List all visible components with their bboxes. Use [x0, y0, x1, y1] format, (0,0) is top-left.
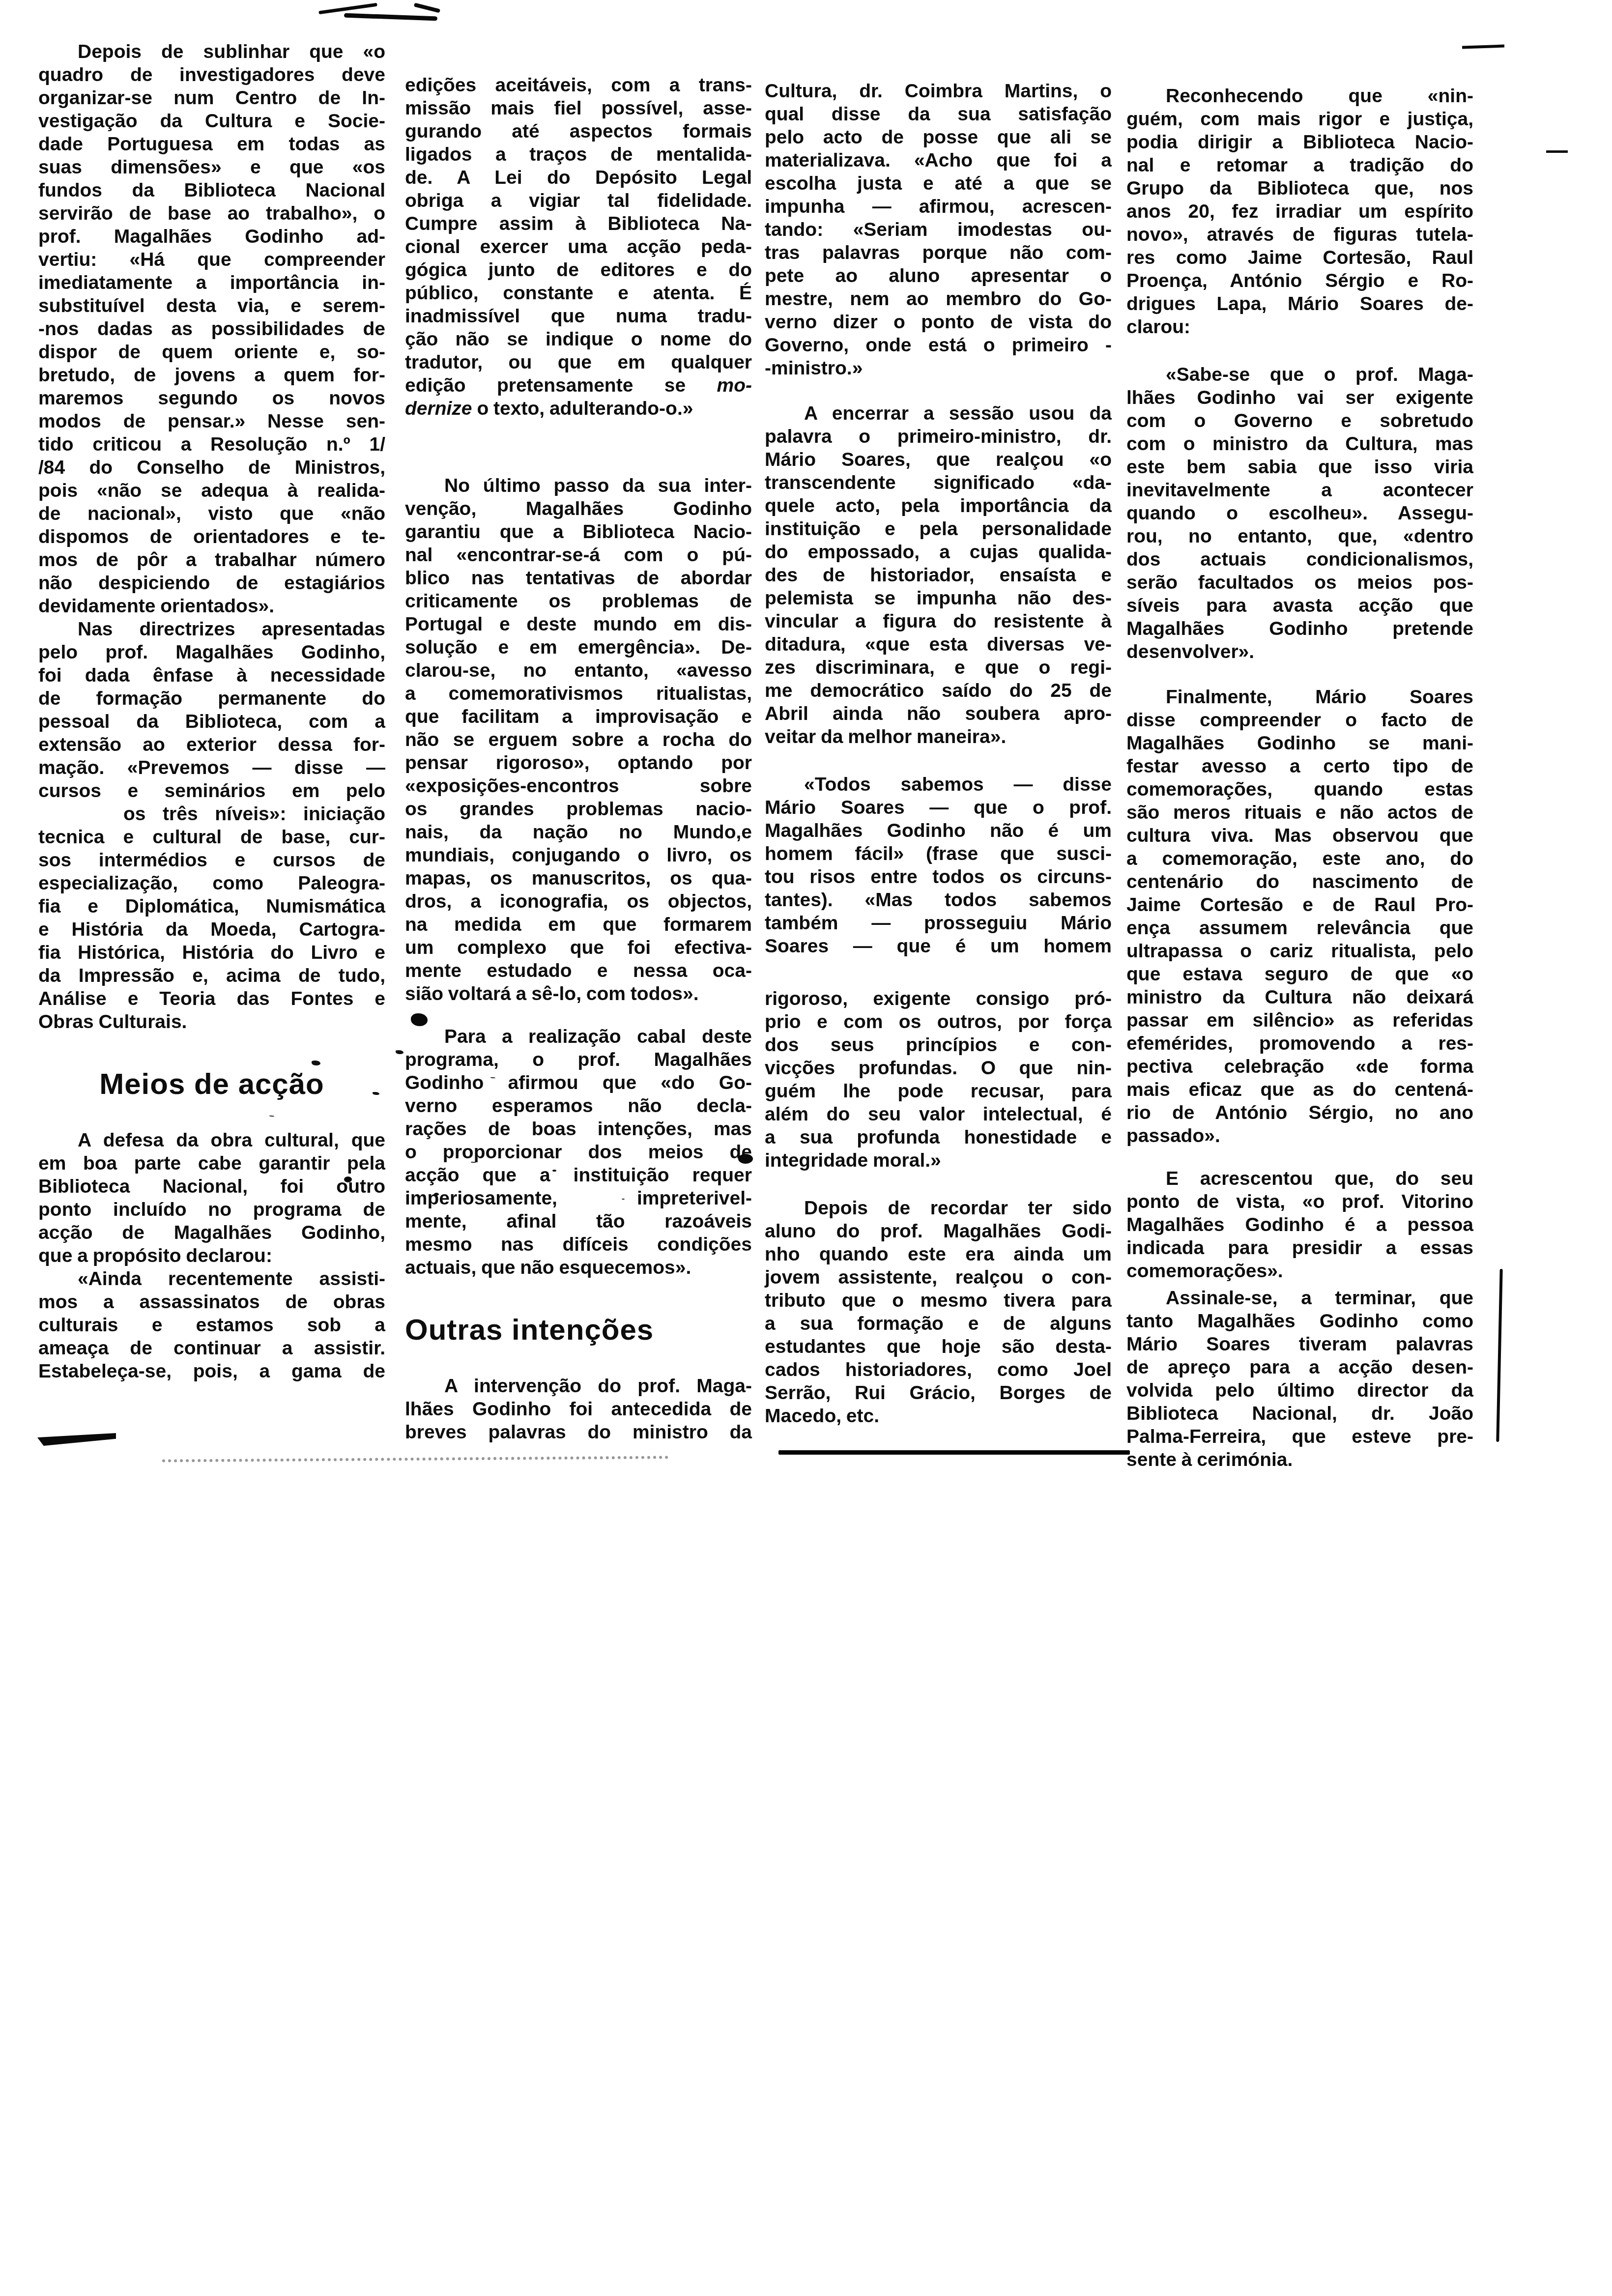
- text-line: tradutor, ou que em qualquer: [405, 351, 752, 374]
- text-line: são meros rituais e não actos de: [1126, 801, 1473, 824]
- text-line: Magalhães Godinho é a pessoa: [1126, 1213, 1473, 1236]
- text-line: Macedo, etc.: [765, 1405, 1112, 1428]
- text-line: drigues Lapa, Mário Soares de-: [1126, 292, 1473, 316]
- paragraph: «Sabe-se que o prof. Maga-lhães Godinho …: [1126, 363, 1473, 663]
- text-line: ligados a traços de mentalida-: [405, 143, 752, 166]
- paragraph: Para a realização cabal desteprograma, o…: [405, 1025, 752, 1279]
- text-line: não despiciendo de estagiários: [38, 572, 385, 595]
- text-line: ditadura, «que esta diversas ve-: [765, 633, 1112, 656]
- text-line: Biblioteca Nacional, foi outro: [38, 1175, 385, 1198]
- text-line: Cumpre assim à Biblioteca Na-: [405, 212, 752, 235]
- text-line: tou risos entre todos os circuns-: [765, 865, 1112, 889]
- text-line: os três níveis»: iniciação: [38, 803, 385, 826]
- text-line: vicções profundas. O que nin-: [765, 1057, 1112, 1080]
- paragraph: edições aceitáveis, com a trans-missão m…: [405, 74, 752, 420]
- text-line: Análise e Teoria das Fontes e: [38, 987, 385, 1010]
- text-line: Assinale-se, a terminar, que: [1126, 1287, 1473, 1310]
- text-line: não se erguem sobre a rocha do: [405, 728, 752, 751]
- scan-artifact-speckles: [344, 1177, 352, 1182]
- text-line: passar em silêncio» as referidas: [1126, 1009, 1473, 1032]
- text-line: Para a realização cabal deste: [405, 1025, 752, 1048]
- paragraph: E acrescentou que, do seuponto de vista,…: [1126, 1167, 1473, 1283]
- text-line: A defesa da obra cultural, que: [38, 1129, 385, 1152]
- text-line: vestigação da Cultura e Socie-: [38, 110, 385, 133]
- text-line: a sua formação e de alguns: [765, 1312, 1112, 1335]
- text-line: indicada para presidir a essas: [1126, 1236, 1473, 1260]
- text-line: tantes). «Mas todos sabemos: [765, 889, 1112, 912]
- text-line: missão mais fiel possível, asse-: [405, 97, 752, 120]
- text-line: foi dada ênfase à necessidade: [38, 664, 385, 687]
- paragraph: Depois de sublinhar que «oquadro de inve…: [38, 40, 385, 618]
- text-line: Abril ainda não soubera apro-: [765, 702, 1112, 725]
- paragraph: No último passo da sua inter-venção, Mag…: [405, 474, 752, 1005]
- paragraph: A defesa da obra cultural, queem boa par…: [38, 1129, 385, 1267]
- text-line: mais eficaz que as do centená-: [1126, 1078, 1473, 1101]
- text-line: centenário do nascimento de: [1126, 870, 1473, 893]
- text-line: Magalhães Godinho não é um: [765, 819, 1112, 842]
- text-line: gurando até aspectos formais: [405, 120, 752, 143]
- text-line: pois «não se adequa à realida-: [38, 479, 385, 502]
- text-line: blico nas tentativas de abordar: [405, 567, 752, 590]
- text-line: integridade moral.»: [765, 1149, 1112, 1172]
- article-column-2: edições aceitáveis, com a trans-missão m…: [405, 74, 752, 1444]
- text-line: maremos segundo os novos: [38, 387, 385, 410]
- text-line: estudantes que hoje são desta-: [765, 1335, 1112, 1358]
- text-line: A encerrar a sessão usou da: [765, 402, 1112, 425]
- text-line: ença assumem relevância que: [1126, 917, 1473, 940]
- text-line: Grupo da Biblioteca que, nos: [1126, 177, 1473, 200]
- text-line: fia Histórica, História do Livro e: [38, 941, 385, 964]
- text-line: venção, Magalhães Godinho: [405, 497, 752, 520]
- text-line: nho quando este era ainda um: [765, 1243, 1112, 1266]
- text-line: A intervenção do prof. Maga-: [405, 1375, 752, 1398]
- text-line: ponto de vista, «o prof. Vitorino: [1126, 1190, 1473, 1213]
- text-line: sente à cerimónia.: [1126, 1448, 1473, 1471]
- text-line: No último passo da sua inter-: [405, 474, 752, 497]
- text-line: Biblioteca Nacional, dr. João: [1126, 1402, 1473, 1425]
- paragraph: «Todos sabemos — disseMário Soares — que…: [765, 773, 1112, 958]
- text-line: disse compreender o facto de: [1126, 709, 1473, 732]
- text-line: rio de António Sérgio, no ano: [1126, 1101, 1473, 1124]
- text-line: des de historiador, ensaísta e: [765, 564, 1112, 587]
- text-line: Mário Soares tiveram palavras: [1126, 1333, 1473, 1356]
- text-line: tanto Magalhães Godinho como: [1126, 1310, 1473, 1333]
- text-line: dispor de quem oriente e, so-: [38, 341, 385, 364]
- text-line: servirão de base ao trabalho», o: [38, 202, 385, 225]
- text-line: breves palavras do ministro da: [405, 1421, 752, 1444]
- text-line: inevitavelmente a acontecer: [1126, 479, 1473, 502]
- text-line: transcendente significado «da-: [765, 471, 1112, 494]
- text-line: «Sabe-se que o prof. Maga-: [1126, 363, 1473, 386]
- text-line: mundiais, conjugando o livro, os: [405, 844, 752, 867]
- text-line: edições aceitáveis, com a trans-: [405, 74, 752, 97]
- text-line: Mário Soares, que realçou «o: [765, 448, 1112, 471]
- text-line: substituível desta via, e serem-: [38, 294, 385, 317]
- text-line: ção não se indique o nome do: [405, 328, 752, 351]
- text-line: Serrão, Rui Grácio, Borges de: [765, 1381, 1112, 1405]
- text-line: a comemoração, este ano, do: [1126, 847, 1473, 870]
- text-line: E acrescentou que, do seu: [1126, 1167, 1473, 1190]
- text-line: Jaime Cortesão e de Raul Pro-: [1126, 893, 1473, 917]
- text-line: mente, afinal tão razoáveis: [405, 1210, 752, 1233]
- newspaper-clipping: Depois de sublinhar que «oquadro de inve…: [0, 0, 1612, 2296]
- text-line: o proporcionar dos meios de: [405, 1141, 752, 1164]
- text-line: Magalhães Godinho pretende: [1126, 617, 1473, 640]
- text-line: materializava. «Acho que foi a: [765, 149, 1112, 172]
- text-line: acção de Magalhães Godinho,: [38, 1221, 385, 1244]
- text-line: nal «encontrar-se-á com o pú-: [405, 544, 752, 567]
- text-line: clarou-se, no entanto, «avesso: [405, 659, 752, 682]
- text-line: novo», através de figuras tutela-: [1126, 223, 1473, 246]
- text-line: pensar rigoroso», optando por: [405, 751, 752, 775]
- text-line: que estava seguro de que «o: [1126, 963, 1473, 986]
- text-line: Soares — que é um homem: [765, 935, 1112, 958]
- text-line: comemorações».: [1126, 1260, 1473, 1283]
- text-line: especialização, como Paleogra-: [38, 872, 385, 895]
- text-line: tando: «Seriam imodestas ou-: [765, 218, 1112, 241]
- text-line: prio e com os outros, por força: [765, 1010, 1112, 1033]
- text-line: verno esperamos não decla-: [405, 1094, 752, 1118]
- text-line: além do seu valor intelectual, é: [765, 1103, 1112, 1126]
- text-line: lhães Godinho foi antecedida de: [405, 1398, 752, 1421]
- text-line: dos seus princípios e con-: [765, 1033, 1112, 1057]
- text-line: público, constante e atenta. É: [405, 282, 752, 305]
- text-line: de apreço para a acção desen-: [1126, 1356, 1473, 1379]
- paragraph: «Ainda recentemente assisti-mos a assass…: [38, 1267, 385, 1383]
- text-line: cursos e seminários em pelo: [38, 779, 385, 803]
- text-line: Finalmente, Mário Soares: [1126, 686, 1473, 709]
- text-line: síveis para avasta acção que: [1126, 594, 1473, 617]
- text-line: devidamente orientados».: [38, 595, 385, 618]
- text-line: Magalhães Godinho se mani-: [1126, 732, 1473, 755]
- text-line: guém, com mais rigor e justiça,: [1126, 108, 1473, 131]
- text-line: Estabeleça-se, pois, a gama de: [38, 1360, 385, 1383]
- text-line: podia dirigir a Biblioteca Nacio-: [1126, 131, 1473, 154]
- text-line: mos de pôr a trabalhar número: [38, 548, 385, 572]
- text-line: desenvolver».: [1126, 640, 1473, 663]
- text-line: um complexo que foi efectiva-: [405, 936, 752, 959]
- text-line: cados historiadores, como Joel: [765, 1358, 1112, 1381]
- paragraph: Assinale-se, a terminar, quetanto Magalh…: [1126, 1287, 1473, 1471]
- text-line: cultura viva. Mas observou que: [1126, 824, 1473, 847]
- text-line: serão facultados os meios pos-: [1126, 571, 1473, 594]
- text-line: «Todos sabemos — disse: [765, 773, 1112, 796]
- text-line: Obras Culturais.: [38, 1010, 385, 1033]
- text-line: -ministro.»: [765, 357, 1112, 380]
- article-column-3: Cultura, dr. Coimbra Martins, oqual diss…: [765, 80, 1112, 1455]
- text-line: rações de boas intenções, mas: [405, 1118, 752, 1141]
- text-line: volvida pelo último director da: [1126, 1379, 1473, 1402]
- text-line: gógica junto de editores e do: [405, 258, 752, 282]
- text-line: extensão ao exterior dessa for-: [38, 733, 385, 756]
- text-line: mesmo nas difíceis condições: [405, 1233, 752, 1256]
- text-line: pelo prof. Magalhães Godinho,: [38, 641, 385, 664]
- section-heading: Meios de acção: [38, 1068, 385, 1100]
- text-line: culturais e estamos sob a: [38, 1314, 385, 1337]
- text-line: garantiu que a Biblioteca Nacio-: [405, 520, 752, 544]
- text-line: pectiva celebração «de forma: [1126, 1055, 1473, 1078]
- text-line: edição pretensamente se mo-: [405, 374, 752, 397]
- text-line: Palma-Ferreira, que esteve pre-: [1126, 1425, 1473, 1448]
- text-line: Depois de sublinhar que «o: [38, 40, 385, 63]
- paragraph: Nas directrizes apresentadaspelo prof. M…: [38, 618, 385, 1033]
- text-line: da Impressão e, acima de tudo,: [38, 964, 385, 987]
- text-line: cional exercer uma acção peda-: [405, 235, 752, 258]
- text-line: suas dimensões» e que «os: [38, 156, 385, 179]
- text-line: ultrapassa o cariz ritualista, pelo: [1126, 940, 1473, 963]
- text-line: pelemista se impunha não des-: [765, 587, 1112, 610]
- text-line: /84 do Conselho de Ministros,: [38, 456, 385, 479]
- text-line: dros, a iconografia, os objectos,: [405, 890, 752, 913]
- text-line: lhães Godinho vai ser exigente: [1126, 386, 1473, 409]
- text-line: comemorações, quando estas: [1126, 778, 1473, 801]
- text-line: mos a assassinatos de obras: [38, 1291, 385, 1314]
- text-line: «Ainda recentemente assisti-: [38, 1267, 385, 1291]
- scan-artifact-dot: [738, 1154, 753, 1164]
- text-line: este bem sabia que isso viria: [1126, 456, 1473, 479]
- text-line: rigoroso, exigente consigo pró-: [765, 987, 1112, 1010]
- text-line: impunha — afirmou, acrescen-: [765, 195, 1112, 218]
- text-line: tido criticou a Resolução n.º 1/: [38, 433, 385, 456]
- text-line: bretudo, de jovens a quem for-: [38, 364, 385, 387]
- paragraph: Reconhecendo que «nin-guém, com mais rig…: [1126, 85, 1473, 339]
- text-line: aluno do prof. Magalhães Godi-: [765, 1220, 1112, 1243]
- text-line: nal e retomar a tradição do: [1126, 154, 1473, 177]
- text-line: vincular a figura do resistente à: [765, 610, 1112, 633]
- paragraph: A intervenção do prof. Maga-lhães Godinh…: [405, 1375, 752, 1444]
- text-line: e História da Moeda, Cartogra-: [38, 918, 385, 941]
- text-line: de formação permanente do: [38, 687, 385, 710]
- text-line: clarou:: [1126, 316, 1473, 339]
- paragraph: Finalmente, Mário Soaresdisse compreende…: [1126, 686, 1473, 1148]
- text-line: tras palavras porque não com-: [765, 241, 1112, 264]
- article-column-1: Depois de sublinhar que «oquadro de inve…: [38, 40, 385, 1383]
- text-line: homem fácil» (frase que susci-: [765, 842, 1112, 865]
- scan-artifact-speckles: [411, 1013, 428, 1026]
- text-line: mente estudado e nessa oca-: [405, 959, 752, 982]
- separator-rule: [778, 1450, 1130, 1455]
- text-line: tecnica e cultural de base, cur-: [38, 826, 385, 849]
- text-line: nais, da nação no Mundo,e: [405, 821, 752, 844]
- text-line: acção que a instituição requer: [405, 1164, 752, 1187]
- section-heading: Outras intenções: [405, 1314, 752, 1346]
- text-line: que facilitam a improvisação e: [405, 705, 752, 728]
- text-line: «exposições-encontros sobre: [405, 775, 752, 798]
- text-line: sos intermédios e cursos de: [38, 849, 385, 872]
- text-line: passado».: [1126, 1124, 1473, 1148]
- text-line: jovem assistente, realçou o con-: [765, 1266, 1112, 1289]
- text-line: pelo acto de posse que ali se: [765, 126, 1112, 149]
- text-line: Cultura, dr. Coimbra Martins, o: [765, 80, 1112, 103]
- text-line: dernize o texto, adulterando-o.»: [405, 397, 752, 420]
- paragraph: Depois de recordar ter sidoaluno do prof…: [765, 1197, 1112, 1428]
- text-line: actuais, que não esquecemos».: [405, 1256, 752, 1279]
- text-line: Governo, onde está o primeiro -: [765, 334, 1112, 357]
- text-line: verno dizer o ponto de vista do: [765, 311, 1112, 334]
- paragraph: Cultura, dr. Coimbra Martins, oqual diss…: [765, 80, 1112, 380]
- text-line: me democrático saído do 25 de: [765, 679, 1112, 702]
- text-line: dispomos de orientadores e te-: [38, 525, 385, 548]
- text-line: palavra o primeiro-ministro, dr.: [765, 425, 1112, 448]
- text-line: Proença, António Sérgio e Ro-: [1126, 269, 1473, 292]
- text-line: -nos dadas as possibilidades de: [38, 317, 385, 341]
- text-line: pessoal da Biblioteca, com a: [38, 710, 385, 733]
- text-line: do empossado, a cujas qualida-: [765, 541, 1112, 564]
- text-line: ponto incluído no programa de: [38, 1198, 385, 1221]
- text-line: Mário Soares — que o prof.: [765, 796, 1112, 819]
- text-line: quele acto, pela importância da: [765, 494, 1112, 517]
- text-line: mação. «Prevemos — disse —: [38, 756, 385, 779]
- text-line: fundos da Biblioteca Nacional: [38, 179, 385, 202]
- text-line: vertiu: «Há que compreender: [38, 248, 385, 271]
- text-line: com o Governo e sobretudo: [1126, 409, 1473, 432]
- text-line: Depois de recordar ter sido: [765, 1197, 1112, 1220]
- text-line: Godinho afirmou que «do Go-: [405, 1071, 752, 1094]
- text-line: modos de pensar.» Nesse sen-: [38, 410, 385, 433]
- text-line: veitar da melhor maneira».: [765, 725, 1112, 748]
- text-line: criticamente os problemas de: [405, 590, 752, 613]
- text-line: quando o escolheu». Assegu-: [1126, 502, 1473, 525]
- text-line: tributo que o mesmo tivera para: [765, 1289, 1112, 1312]
- text-line: Portugal e deste mundo em dis-: [405, 613, 752, 636]
- text-line: na medida em que formarem: [405, 913, 752, 936]
- text-line: a comemorativismos ritualistas,: [405, 682, 752, 705]
- text-line: solução e em emergência». De-: [405, 636, 752, 659]
- text-line: festar avesso a certo tipo de: [1126, 755, 1473, 778]
- text-line: quadro de investigadores deve: [38, 63, 385, 86]
- text-line: anos 20, fez irradiar um espírito: [1126, 200, 1473, 223]
- text-line: programa, o prof. Magalhães: [405, 1048, 752, 1071]
- text-line: dos actuais condicionalismos,: [1126, 548, 1473, 571]
- text-line: ministro da Cultura não deixará: [1126, 986, 1473, 1009]
- text-line: em boa parte cabe garantir pela: [38, 1152, 385, 1175]
- text-line: obriga a vigiar tal fidelidade.: [405, 189, 752, 212]
- text-line: inadmissível que numa tradu-: [405, 305, 752, 328]
- scan-artifact-dash: [1546, 150, 1568, 153]
- text-line: Nas directrizes apresentadas: [38, 618, 385, 641]
- text-line: imperiosamente, impreterivel-: [405, 1187, 752, 1210]
- paragraph: rigoroso, exigente consigo pró-prio e co…: [765, 987, 1112, 1172]
- text-line: a sua profunda honestidade e: [765, 1126, 1112, 1149]
- text-line: res como Jaime Cortesão, Raul: [1126, 246, 1473, 269]
- text-line: instituição e pela personalidade: [765, 517, 1112, 541]
- text-line: pete ao aluno apresentar o: [765, 264, 1112, 287]
- text-line: mapas, os manuscritos, os qua-: [405, 867, 752, 890]
- text-line: de. A Lei do Depósito Legal: [405, 166, 752, 189]
- text-line: efemérides, promovendo a res-: [1126, 1032, 1473, 1055]
- text-line: Reconhecendo que «nin-: [1126, 85, 1473, 108]
- text-line: escolha justa e até a que se: [765, 172, 1112, 195]
- text-line: rou, no entanto, que, «dentro: [1126, 525, 1473, 548]
- text-line: zes discriminara, e que o regi-: [765, 656, 1112, 679]
- text-line: dade Portuguesa em todas as: [38, 133, 385, 156]
- article-column-4: Reconhecendo que «nin-guém, com mais rig…: [1126, 85, 1473, 1471]
- text-line: organizar-se num Centro de In-: [38, 86, 385, 110]
- paragraph: A encerrar a sessão usou dapalavra o pri…: [765, 402, 1112, 748]
- text-line: de nacional», visto que «não: [38, 502, 385, 525]
- text-line: mestre, nem ao membro do Go-: [765, 287, 1112, 311]
- text-line: os grandes problemas nacio-: [405, 798, 752, 821]
- text-line: também — prosseguiu Mário: [765, 912, 1112, 935]
- text-line: ameaça de continuar a assistir.: [38, 1337, 385, 1360]
- text-line: qual disse da sua satisfação: [765, 103, 1112, 126]
- text-line: guém lhe pode recusar, para: [765, 1080, 1112, 1103]
- text-line: fia e Diplomática, Numismática: [38, 895, 385, 918]
- text-line: prof. Magalhães Godinho ad-: [38, 225, 385, 248]
- text-line: que a propósito declarou:: [38, 1244, 385, 1267]
- text-line: imediatamente a importância in-: [38, 271, 385, 294]
- text-line: sião voltará a sê-lo, com todos».: [405, 982, 752, 1005]
- text-line: com o ministro da Cultura, mas: [1126, 432, 1473, 456]
